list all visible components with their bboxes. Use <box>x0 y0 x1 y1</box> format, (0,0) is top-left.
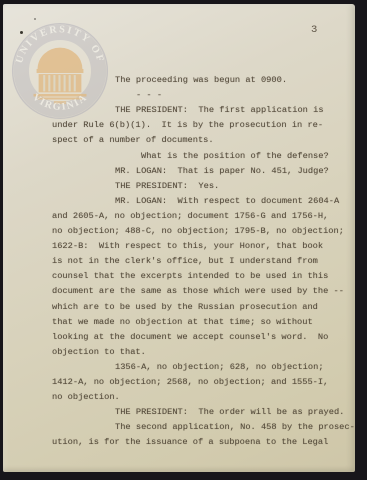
transcript-line: MR. LOGAN: That is paper No. 451, Judge? <box>115 166 329 176</box>
transcript-line: 1622-B: With respect to this, your Honor… <box>52 241 323 251</box>
transcript-line: spect of a number of documents. <box>52 135 214 145</box>
transcript-line: document are the same as those which wer… <box>52 286 344 296</box>
transcript-line: What is the position of the defense? <box>141 151 329 161</box>
transcript-line: THE PRESIDENT: The order will be as pray… <box>115 407 344 417</box>
page-number: 3 <box>311 24 317 36</box>
transcript-line: counsel that the excerpts intended to be… <box>52 271 328 281</box>
transcript-line: is not in the clerk's office, but I unde… <box>52 256 318 266</box>
transcript-line: and 2605-A, no objection; document 1756-… <box>52 211 328 221</box>
transcript-line: looking at the document we accept counse… <box>52 332 328 342</box>
transcript-line: under Rule 6(b)(1). It is by the prosecu… <box>52 120 323 130</box>
transcript-line: 1412-A, no objection; 2568, no objection… <box>52 377 328 387</box>
transcript-line: The proceeding was begun at 0900. <box>115 75 287 85</box>
scan-speck <box>20 31 23 34</box>
transcript-line: The second application, No. 458 by the p… <box>115 422 355 432</box>
transcript-line: ution, is for the issuance of a subpoena… <box>52 437 328 447</box>
transcript-line: MR. LOGAN: With respect to document 2604… <box>115 196 339 206</box>
transcript-line: no objection. <box>52 392 120 402</box>
scanned-transcript-page: UNIVERSITY OF VIRGINIA 3 The proceeding … <box>3 4 355 472</box>
scan-speck <box>34 18 36 20</box>
transcript-line: THE PRESIDENT: The first application is <box>115 105 324 115</box>
transcript-line: which are to be used by the Russian pros… <box>52 302 318 312</box>
transcript-line: 1356-A, no objection; 628, no objection; <box>115 362 324 372</box>
transcript-line: that we made no objection at that time; … <box>52 317 313 327</box>
transcript-line: objection to that. <box>52 347 146 357</box>
transcript-line: THE PRESIDENT: Yes. <box>115 181 219 191</box>
transcript-line: no objection; 488-C, no objection; 1795-… <box>52 226 344 236</box>
transcript-line: - - - <box>136 90 162 100</box>
